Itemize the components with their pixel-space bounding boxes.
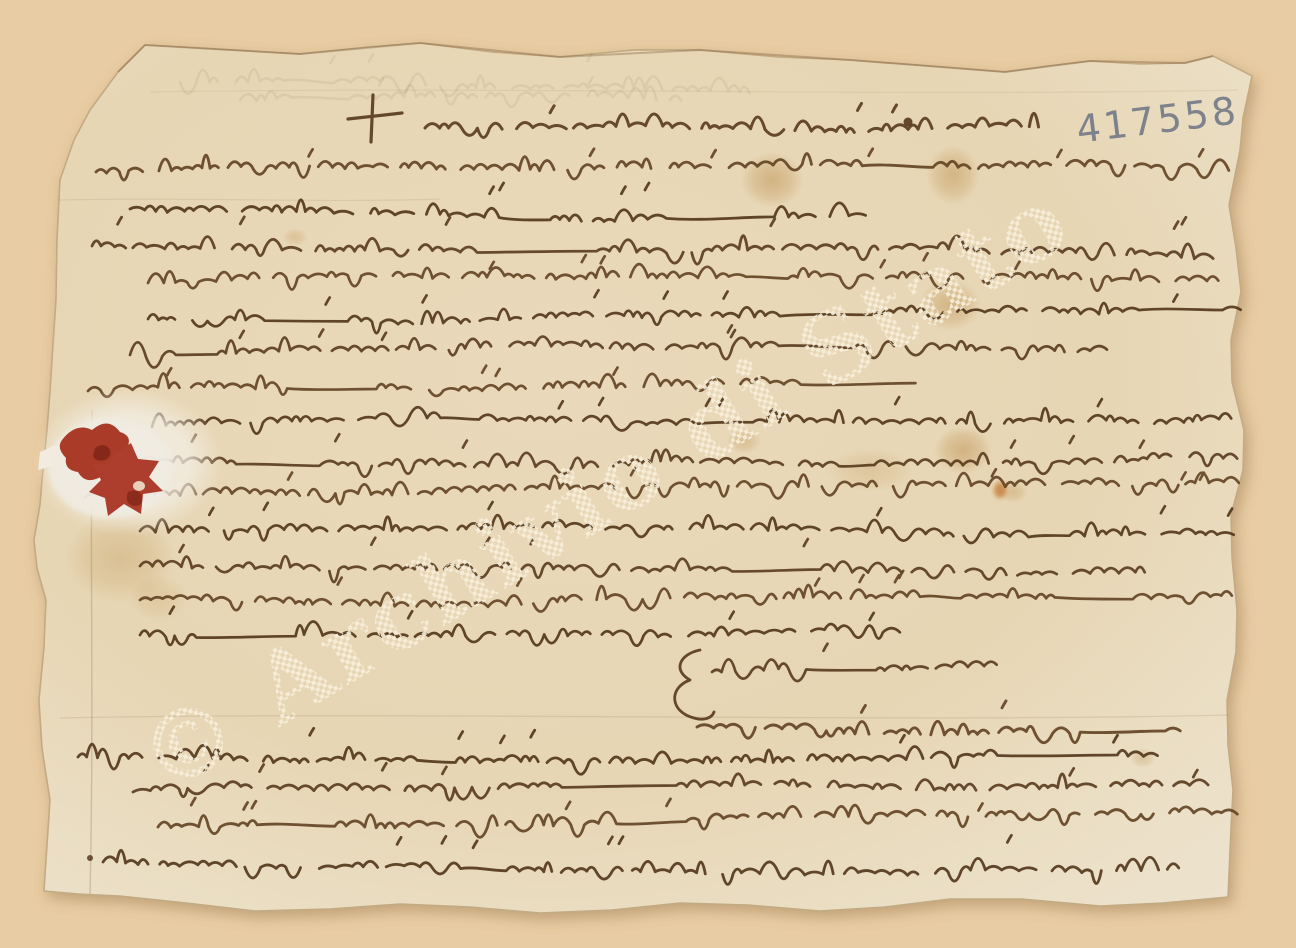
manuscript-scan: © Archivio di Stato 417558 (0, 0, 1296, 948)
wax-highlight (133, 481, 145, 491)
ink-blot (904, 118, 913, 127)
wax-seal (33, 388, 223, 536)
paragraph-dot (87, 855, 93, 861)
